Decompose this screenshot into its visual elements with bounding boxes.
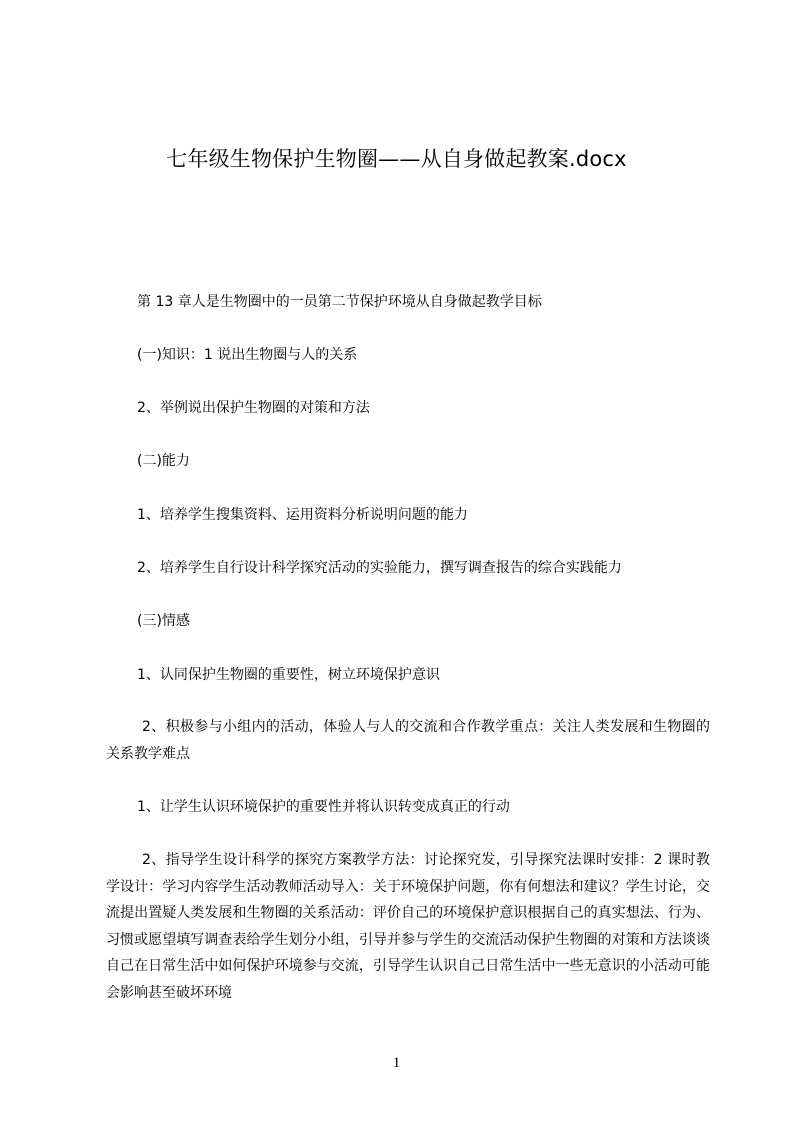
difficulty-item-1: 1、让学生认识环境保护的重要性并将认识转变成真正的行动 [137,797,510,817]
document-title: 七年级生物保护生物圈——从自身做起教案.docx [0,143,793,173]
knowledge-item-1: (一)知识：1 说出生物圈与人的关系 [137,345,357,365]
chapter-heading: 第 13 章人是生物圈中的一员第二节保护环境从自身做起教学目标 [137,292,542,312]
knowledge-item-2: 2、举例说出保护生物圈的对策和方法 [137,398,370,418]
emotion-item-2-paragraph: 2、积极参与小组内的活动，体验人与人的交流和合作教学重点：关注人类发展和生物圈的… [106,714,710,767]
emotion-heading: (三)情感 [137,611,190,631]
emotion-item-1: 1、认同保护生物圈的重要性，树立环境保护意识 [137,665,440,685]
ability-heading: (二)能力 [137,451,190,471]
page-number: 1 [0,1055,793,1072]
teaching-method-paragraph: 2、指导学生设计科学的探究方案教学方法：讨论探究发，引导探究法课时安排：2 课时… [106,847,710,1006]
ability-item-2: 2、培养学生自行设计科学探究活动的实验能力，撰写调查报告的综合实践能力 [137,558,622,578]
document-page: 七年级生物保护生物圈——从自身做起教案.docx 第 13 章人是生物圈中的一员… [0,0,793,1122]
ability-item-1: 1、培养学生搜集资料、运用资料分析说明问题的能力 [137,505,468,525]
